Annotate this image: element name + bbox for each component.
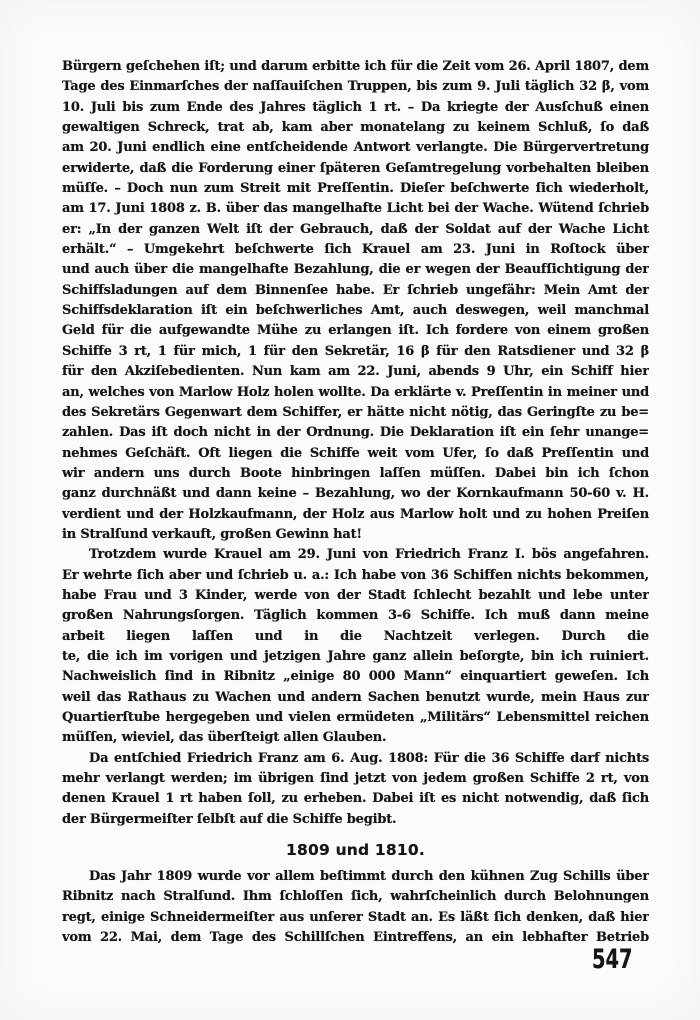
text-line: wir andern uns durch Boote hinbringen la… [62,464,649,484]
text-line: des Sekretärs Gegenwart dem Schiffer, er… [62,403,649,423]
text-line: der Bürgermeiſter ſelbſt auf die Schiffe… [62,810,649,830]
text-line: Nachweislich ſind in Ribnitz „einige 80 … [62,667,649,687]
text-line: er: „In der ganzen Welt iſt der Gebrauch… [62,220,649,240]
text-line: für den Akziſebedienten. Nun kam am 22. … [62,362,649,382]
text-line: Quartierſtube hergegeben und vielen ermü… [62,708,649,728]
text-line: Da entſchied Friedrich Franz am 6. Aug. … [62,749,649,769]
text-block: Bürgern geſchehen iſt; und darum erbitte… [62,57,649,948]
text-line: habe Frau und 3 Kinder, werde von der St… [62,586,649,606]
text-line: Trotzdem wurde Krauel am 29. Juni von Fr… [62,545,649,565]
text-line: zahlen. Das iſt doch nicht in der Ordnun… [62,423,649,443]
text-line: Bürgern geſchehen iſt; und darum erbitte… [62,57,649,77]
text-line: Schiffsdeklaration iſt ein beſchwerliche… [62,301,649,321]
text-line: erwiderte, daß die Forderung einer ſpäte… [62,159,649,179]
text-line: weil das Rathaus zu Wachen und andern Sa… [62,688,649,708]
text-line: gewaltigen Schreck, trat ab, kam aber mo… [62,118,649,138]
text-line: 10. Juli bis zum Ende des Jahres täglich… [62,98,649,118]
text-line: regt, einige Schneidermeiſter aus unſere… [62,908,649,928]
text-line: an, welches von Marlow Holz holen wollte… [62,383,649,403]
text-line: großen Nahrungsſorgen. Täglich kommen 3-… [62,606,649,626]
text-line: erhält.“ – Umgekehrt beſchwerte ſich Kra… [62,240,649,260]
text-line: arbeit liegen laſſen und in die Nachtzei… [62,627,649,647]
text-line: und auch über die mangelhafte Bezahlung,… [62,260,649,280]
text-line: verdient und der Holzkaufmann, der Holz … [62,505,649,525]
book-page: Bürgern geſchehen iſt; und darum erbitte… [0,0,700,1020]
page-number: 547 [592,944,633,975]
text-line: müſſe. – Doch nun zum Streit mit Preſſen… [62,179,649,199]
text-line: te, die ich im vorigen und jetzigen Jahr… [62,647,649,667]
text-line: Schiffe 3 rt, 1 für mich, 1 für den Sekr… [62,342,649,362]
text-line: nehmes Geſchäft. Oft liegen die Schiffe … [62,444,649,464]
section-heading: 1809 und 1810. [62,840,649,860]
text-line: müſſen, wieviel, das überſteigt allen Gl… [62,728,649,748]
text-line: mehr verlangt werden; im übrigen ſind je… [62,769,649,789]
text-line: Das Jahr 1809 wurde vor allem beſtimmt d… [62,867,649,887]
text-line: Geld für die aufgewandte Mühe zu erlange… [62,321,649,341]
text-line: ganz durchnäßt und dann keine – Bezahlun… [62,484,649,504]
text-line: Ribnitz nach Stralſund. Ihm ſchloſſen ſi… [62,887,649,907]
text-line: Schiffsladungen auf dem Binnenſee habe. … [62,281,649,301]
text-line: Er wehrte ſich aber und ſchrieb u. a.: I… [62,566,649,586]
text-line: in Stralſund verkauft, großen Gewinn hat… [62,525,649,545]
text-line: am 17. Juni 1808 z. B. über das mangelha… [62,199,649,219]
text-line: vom 22. Mai, dem Tage des Schillſchen Ei… [62,928,649,948]
text-line: Tage des Einmarſches der naſſauiſchen Tr… [62,77,649,97]
text-line: denen Krauel 1 rt haben ſoll, zu erheben… [62,789,649,809]
text-line: am 20. Juni endlich eine entſcheidende A… [62,138,649,158]
